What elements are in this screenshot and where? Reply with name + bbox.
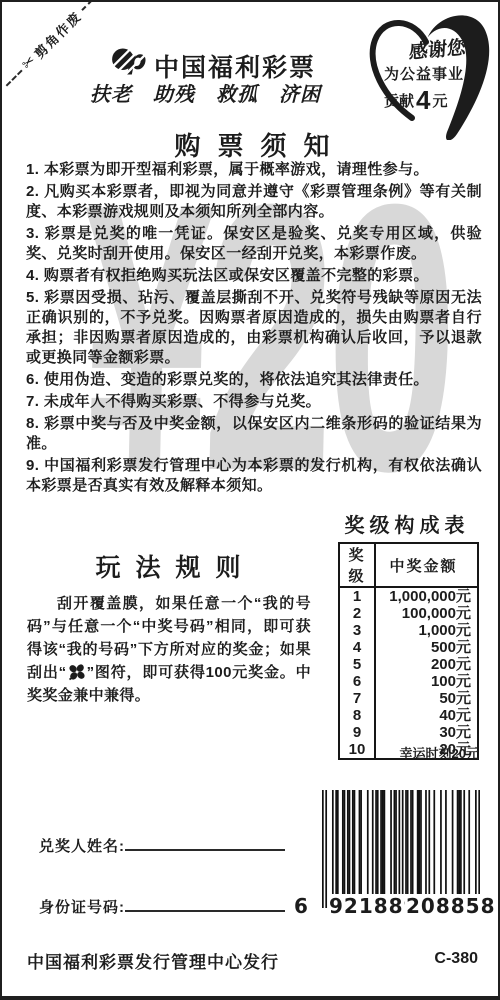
notice-title: 购票须知 bbox=[2, 126, 500, 163]
id-number-field: 身份证号码: bbox=[39, 896, 285, 917]
prize-level: 6 bbox=[339, 673, 375, 690]
barcode bbox=[322, 790, 480, 908]
thanks-line2: 为公益事业 bbox=[384, 63, 464, 84]
contribution-amount: 4 bbox=[414, 85, 432, 115]
prize-level: 3 bbox=[339, 622, 375, 639]
table-row: 31,000元 bbox=[339, 622, 478, 639]
id-number-blank-line bbox=[125, 898, 285, 912]
notice-item: 5. 彩票因受损、玷污、覆盖层撕刮不开、兑奖符号残缺等原因无法正确识别的，不予兑… bbox=[26, 288, 482, 368]
cut-label: 剪角作废 bbox=[29, 6, 85, 62]
thanks-line1: 感谢您 bbox=[408, 32, 466, 64]
redeemer-name-blank-line bbox=[125, 837, 285, 851]
prize-header-level: 奖 级 bbox=[339, 543, 375, 587]
prize-table-header-row: 奖 级 中奖金额 bbox=[339, 543, 478, 587]
notice-item: 8. 彩票中奖与否及中奖金额，以保安区内二维条形码的验证结果为准。 bbox=[26, 414, 482, 454]
cfl-logo-icon: p bbox=[110, 44, 150, 78]
ticket-type-code: C-380 bbox=[432, 950, 478, 968]
table-row: 11,000,000元 bbox=[339, 587, 478, 605]
table-row: 930元 bbox=[339, 724, 478, 741]
id-number-label: 身份证号码: bbox=[39, 899, 125, 916]
notice-item: 1. 本彩票为即开型福利彩票，属于概率游戏，请理性参与。 bbox=[26, 160, 482, 180]
cut-dash-line bbox=[81, 0, 92, 11]
prize-amount: 1,000,000元 bbox=[375, 587, 478, 605]
cut-dash-line bbox=[5, 69, 22, 86]
barcode-group2: 208858 bbox=[405, 894, 497, 918]
thanks-line3: 贡献4元 bbox=[384, 85, 448, 116]
lucky-moment-note: 幸运时刻20元 bbox=[338, 743, 479, 762]
prize-table: 奖 级 中奖金额 11,000,000元2100,000元31,000元4500… bbox=[338, 542, 479, 760]
prize-table-title: 奖级构成表 bbox=[327, 509, 482, 538]
prize-amount: 100元 bbox=[375, 673, 478, 690]
thanks-line3-pre: 贡献 bbox=[384, 93, 414, 110]
table-row: 5200元 bbox=[339, 656, 478, 673]
notice-list: 1. 本彩票为即开型福利彩票，属于概率游戏，请理性参与。2. 凡购买本彩票者，即… bbox=[26, 160, 482, 498]
prize-amount: 30元 bbox=[375, 724, 478, 741]
prize-amount: 200元 bbox=[375, 656, 478, 673]
prize-level: 1 bbox=[339, 587, 375, 605]
notice-item: 6. 使用伪造、变造的彩票兑奖的，将依法追究其法律责任。 bbox=[26, 370, 482, 390]
prize-level: 7 bbox=[339, 690, 375, 707]
prize-level: 5 bbox=[339, 656, 375, 673]
notice-item: 9. 中国福利彩票发行管理中心为本彩票的发行机构，有权依法确认本彩票是否真实有效… bbox=[26, 456, 482, 496]
brand-tagline: 扶老 助残 救孤 济困 bbox=[90, 78, 321, 107]
table-row: 4500元 bbox=[339, 639, 478, 656]
prize-amount: 1,000元 bbox=[375, 622, 478, 639]
prize-amount: 100,000元 bbox=[375, 605, 478, 622]
table-row: 2100,000元 bbox=[339, 605, 478, 622]
prize-level: 4 bbox=[339, 639, 375, 656]
thanks-line3-post: 元 bbox=[432, 93, 447, 110]
notice-item: 2. 凡购买本彩票者，即视为同意并遵守《彩票管理条例》等有关制度、本彩票游戏规则… bbox=[26, 182, 482, 222]
prize-amount: 50元 bbox=[375, 690, 478, 707]
lottery-ticket-back: ¥20 ✂ 剪角作废 p 中国福利彩票 扶老 助残 救孤 济困 感谢您 为公益事… bbox=[0, 0, 500, 1000]
table-row: 840元 bbox=[339, 707, 478, 724]
table-row: 750元 bbox=[339, 690, 478, 707]
prize-amount: 40元 bbox=[375, 707, 478, 724]
prize-level: 8 bbox=[339, 707, 375, 724]
clover-icon bbox=[68, 663, 86, 681]
rules-title: 玩法规则 bbox=[27, 548, 309, 584]
redeemer-name-label: 兑奖人姓名: bbox=[39, 838, 125, 855]
prize-level: 9 bbox=[339, 724, 375, 741]
notice-item: 3. 彩票是兑奖的唯一凭证。保安区是验奖、兑奖专用区域，供验奖、兑奖时刮开使用。… bbox=[26, 224, 482, 264]
notice-item: 4. 购票者有权拒绝购买玩法区或保安区覆盖不完整的彩票。 bbox=[26, 266, 482, 286]
prize-header-amount: 中奖金额 bbox=[375, 543, 478, 587]
corner-cut-notice: ✂ 剪角作废 bbox=[0, 0, 98, 92]
prize-level: 2 bbox=[339, 605, 375, 622]
prize-amount: 500元 bbox=[375, 639, 478, 656]
table-row: 6100元 bbox=[339, 673, 478, 690]
redeemer-name-field: 兑奖人姓名: bbox=[39, 835, 285, 856]
issuer-text: 中国福利彩票发行管理中心发行 bbox=[27, 948, 279, 973]
barcode-first-digit: 6 bbox=[293, 894, 310, 918]
rules-paragraph: 刮开覆盖膜，如果任意一个“我的号码”与任意一个“中奖号码”相同，即可获得该“我的… bbox=[27, 592, 311, 707]
notice-item: 7. 未成年人不得购买彩票、不得参与兑奖。 bbox=[26, 392, 482, 412]
